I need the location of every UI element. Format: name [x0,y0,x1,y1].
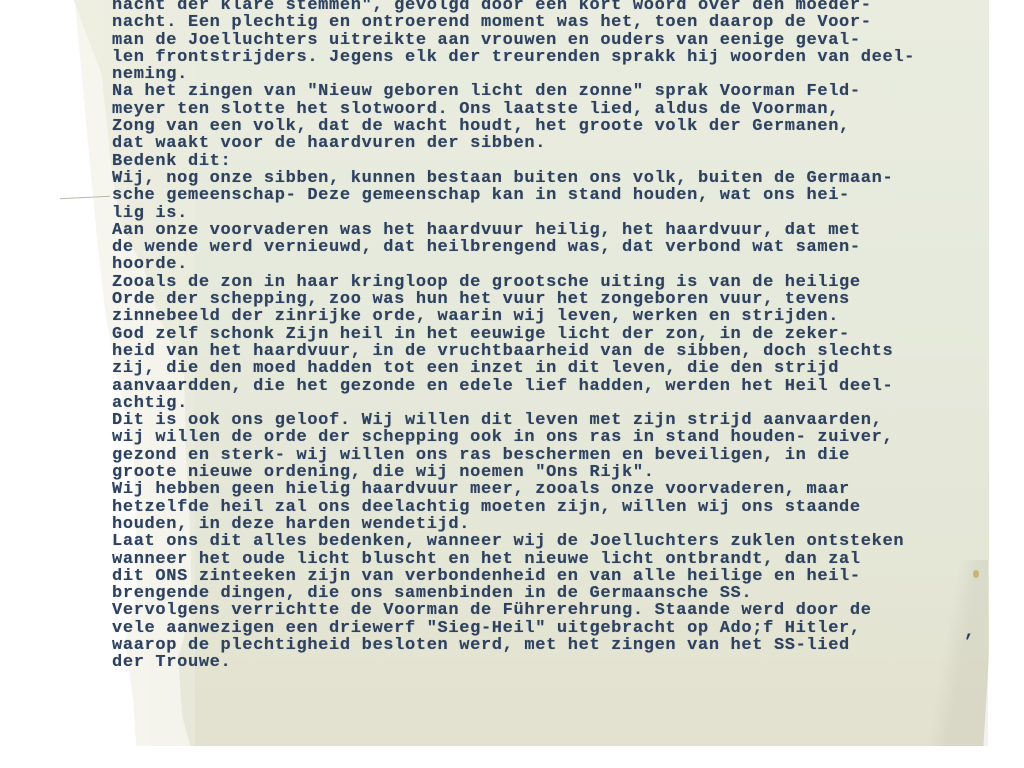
photo-background: , nacht der klare stemmen", gevolgd door… [0,0,1024,768]
paper-fold [918,560,988,746]
text-line: de wende werd vernieuwd, dat heilbrengen… [112,238,915,257]
text-line: wij willen de orde der schepping ook in … [112,428,915,447]
text-line: len frontstrijders. Jegens elk der treur… [112,48,915,67]
text-line: der Trouwe. [112,653,915,672]
typewritten-text: nacht der klare stemmen", gevolgd door e… [112,0,915,673]
ink-dot: , [964,622,975,642]
text-line: wanneer het oude licht bluscht en het ni… [112,550,915,569]
text-line: Wij hebben geen hielig haardvuur meer, z… [112,480,915,499]
text-line: waarop de plechtigheid besloten werd, me… [112,636,915,655]
text-line: zij, die den moed hadden tot een inzet i… [112,359,915,378]
text-line: sche gemeenschap- Deze gemeenschap kan i… [112,186,915,205]
text-line: Vervolgens verrichtte de Voorman de Führ… [112,601,915,620]
text-line: man de Joelluchters uitreikte aan vrouwe… [112,31,915,50]
text-line: aanvaardden, die het gezonde en edele li… [112,377,915,396]
text-line: zinnebeeld der zinrijke orde, waarin wij… [112,307,915,326]
text-line: Na het zingen van "Nieuw geboren licht d… [112,82,915,101]
text-line: nacht. Een plechtig en ontroerend moment… [112,13,915,32]
stain-mark [973,570,979,578]
text-line: Laat ons dit alles bedenken, wanneer wij… [112,532,915,551]
